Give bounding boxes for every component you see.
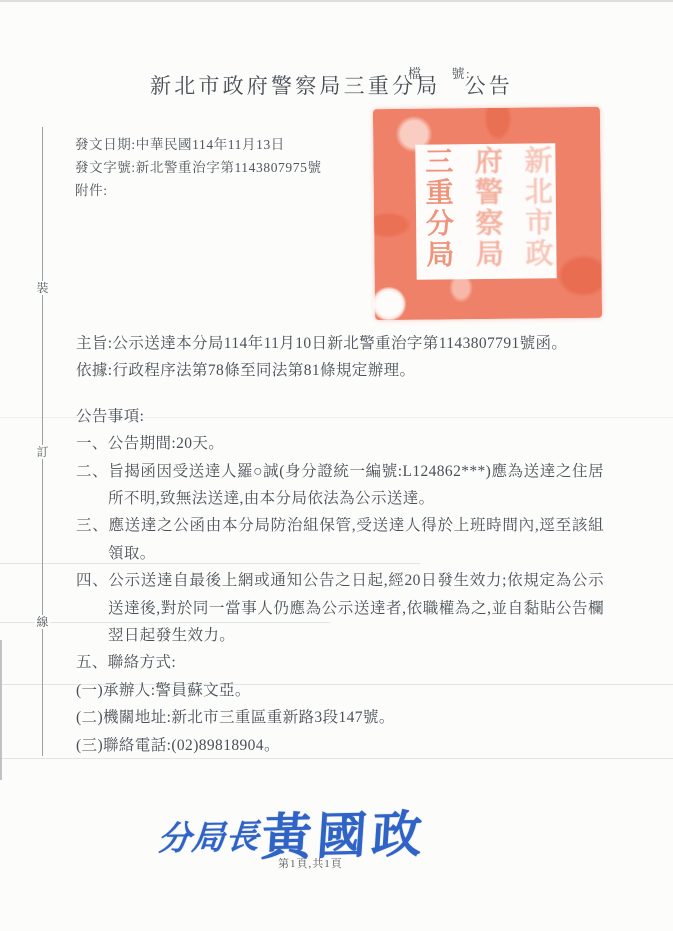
scanned-announcement-page: 檔 號: 保存年限: 新北市政府警察局三重分局 公告 發文日期:中華民國114年… [0,0,673,931]
binding-mark-ding: 訂 [35,445,50,459]
signature-title: 分局長 [156,810,261,859]
announcement-item-4: 四、公示送達自最後上網或通知公告之日起,經20日發生效力;依規定為公示送達後,對… [76,567,604,649]
seal-column-middle: 府警察局 [470,146,502,277]
seal-inner-text: 新北市政 府警察局 三重分局 [415,143,556,279]
page-number-footer: 第1頁,共1頁 [278,855,343,871]
legal-basis-line: 依據:行政程序法第78條至同法第81條規定辦理。 [76,357,604,384]
seal-column-right: 新北市政 [519,145,551,276]
document-meta: 發文日期:中華民國114年11月13日 發文字號:新北警重治字第11438079… [75,133,322,202]
official-red-seal: 新北市政 府警察局 三重分局 [373,107,602,320]
announcement-item-2: 二、旨揭函因受送達人羅○誠(身分證統一編號:L124862***)應為送達之住居… [76,458,604,513]
document-number: 發文字號:新北警重治字第1143807975號 [75,156,322,179]
document-title: 新北市政府警察局三重分局 公告 [150,70,513,100]
subject-line: 主旨:公示送達本分局114年11月10日新北警重治字第1143807791號函。 [76,330,604,357]
binding-mark-xian: 線 [35,615,50,629]
announcement-body: 主旨:公示送達本分局114年11月10日新北警重治字第1143807791號函。… [76,330,604,759]
contact-phone-line: (三)聯絡電話:(02)89818904。 [76,732,604,759]
contact-person-line: (一)承辦人:警員蘇文亞。 [76,677,604,704]
announcement-item-5: 五、聯絡方式: [76,649,604,676]
issue-date: 發文日期:中華民國114年11月13日 [75,133,322,156]
agency-address-line: (二)機關地址:新北市三重區重新路3段147號。 [76,704,604,731]
announcement-items-heading: 公告事項: [76,403,604,430]
seal-column-left: 三重分局 [420,146,452,277]
binding-margin-line [42,127,43,756]
announcement-item-1: 一、公告期間:20天。 [76,430,604,457]
binding-mark-zhuang: 裝 [35,281,50,295]
scan-edge-top [0,0,673,2]
announcement-item-3: 三、應送達之公函由本分局防治組保管,受送達人得於上班時間內,逕至該組領取。 [76,512,604,567]
scan-edge-left [0,640,2,780]
seal-corner-swirl [369,284,409,324]
attachment-label: 附件: [75,179,322,202]
